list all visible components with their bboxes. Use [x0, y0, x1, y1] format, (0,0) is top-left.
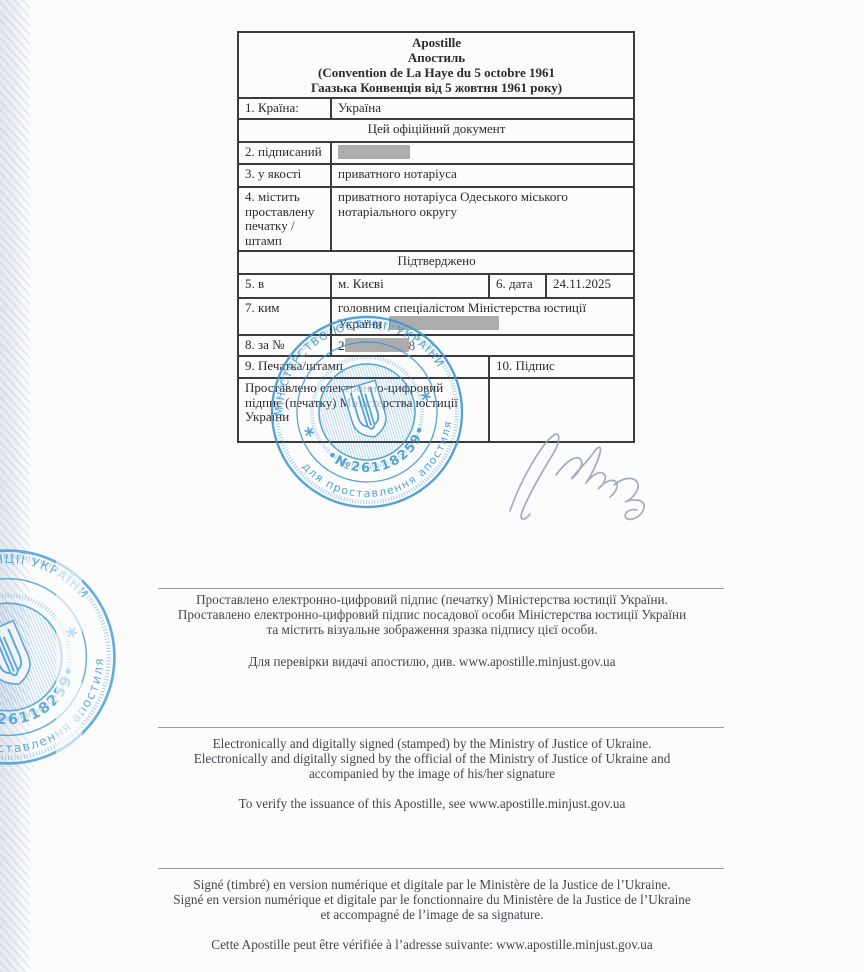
table-row: Підтверджено [238, 251, 634, 274]
footer-line: et accompagné de l’image de sa signature… [0, 907, 864, 922]
footer-ukrainian-section: Проставлено електронно-цифровий підпис (… [0, 592, 864, 669]
redaction-box [345, 338, 409, 352]
header-convention-uk: Гаазька Конвенція від 5 жовтня 1961 року… [245, 80, 628, 95]
table-row: 1. Країна: Україна [238, 98, 634, 119]
number-label: 8. за № [238, 335, 331, 357]
footer-line: Проставлено електронно-цифровий підпис п… [0, 607, 864, 622]
seal-bears-value: приватного нотаріуса Одеського міського … [331, 187, 634, 251]
digital-seal-note: Проставлено електронно-цифровий підпис (… [238, 378, 489, 442]
apostille-header: Apostille Апостиль (Convention de La Hay… [238, 32, 634, 98]
footer-line: accompanied by the image of his/her sign… [0, 766, 864, 781]
seal-bears-label: 4. містить проставлену печатку / штамп [238, 187, 331, 251]
footer-english-section: Electronically and digitally signed (sta… [0, 736, 864, 811]
handwritten-signature [498, 423, 668, 525]
section-divider [158, 868, 724, 869]
date-value: 24.11.2025 [546, 274, 634, 298]
verify-url-line: Для перевірки видачі апостилю, див. www.… [0, 654, 864, 669]
apostille-table: Apostille Апостиль (Convention de La Hay… [237, 31, 635, 443]
country-value: Україна [331, 98, 634, 119]
capacity-value: приватного нотаріуса [331, 164, 634, 187]
section-official-document: Цей офіційний документ [238, 119, 634, 142]
seal-stamp-label: 9. Печатка/штамп [238, 356, 489, 378]
by-whom-label: 7. ким [238, 298, 331, 334]
date-label: 6. дата [489, 274, 546, 298]
header-title-uk: Апостиль [245, 50, 628, 65]
section-certified: Підтверджено [238, 251, 634, 274]
paper-edge-texture [0, 0, 30, 972]
section-divider [158, 588, 724, 589]
footer-line: та містить візуальне зображення зразка п… [0, 622, 864, 637]
capacity-label: 3. у якості [238, 164, 331, 187]
section-divider [158, 727, 724, 728]
footer-line: Проставлено електронно-цифровий підпис (… [0, 592, 864, 607]
number-value: 28 [331, 335, 634, 357]
table-row: 4. містить проставлену печатку / штамп п… [238, 187, 634, 251]
by-whom-line1: головним спеціалістом Міністерства юстиц… [338, 301, 628, 316]
footer-line: Signé (timbré) en version numérique et d… [0, 877, 864, 892]
table-row: Цей офіційний документ [238, 119, 634, 142]
table-row: 8. за № 28 [238, 335, 634, 357]
scanned-apostille-document: Apostille Апостиль (Convention de La Hay… [0, 0, 864, 972]
footer-line: Electronically and digitally signed (sta… [0, 736, 864, 751]
by-whom-value: головним спеціалістом Міністерства юстиц… [331, 298, 634, 334]
verify-url-line: Cette Apostille peut être vérifiée à l’a… [0, 937, 864, 952]
country-label: 1. Країна: [238, 98, 331, 119]
footer-french-section: Signé (timbré) en version numérique et d… [0, 877, 864, 952]
signed-by-label: 2. підписаний [238, 142, 331, 164]
footer-line: Signé en version numérique et digitale p… [0, 892, 864, 907]
redaction-box [389, 316, 499, 330]
table-row: 3. у якості приватного нотаріуса [238, 164, 634, 187]
at-label: 5. в [238, 274, 331, 298]
table-row: 7. ким головним спеціалістом Міністерств… [238, 298, 634, 334]
header-convention-fr: (Convention de La Haye du 5 octobre 1961 [245, 65, 628, 80]
table-header-row: Apostille Апостиль (Convention de La Hay… [238, 32, 634, 98]
by-whom-line2: України [338, 316, 628, 332]
table-row: 9. Печатка/штамп 10. Підпис [238, 356, 634, 378]
table-row: 2. підписаний [238, 142, 634, 164]
table-row: 5. в м. Києві 6. дата 24.11.2025 [238, 274, 634, 298]
footer-line: Electronically and digitally signed by t… [0, 751, 864, 766]
verify-url-line: To verify the issuance of this Apostille… [0, 796, 864, 811]
redaction-box [338, 145, 410, 159]
signed-by-value [331, 142, 634, 164]
header-title-en: Apostille [245, 35, 628, 50]
signature-label: 10. Підпис [489, 356, 634, 378]
at-value: м. Києві [331, 274, 489, 298]
